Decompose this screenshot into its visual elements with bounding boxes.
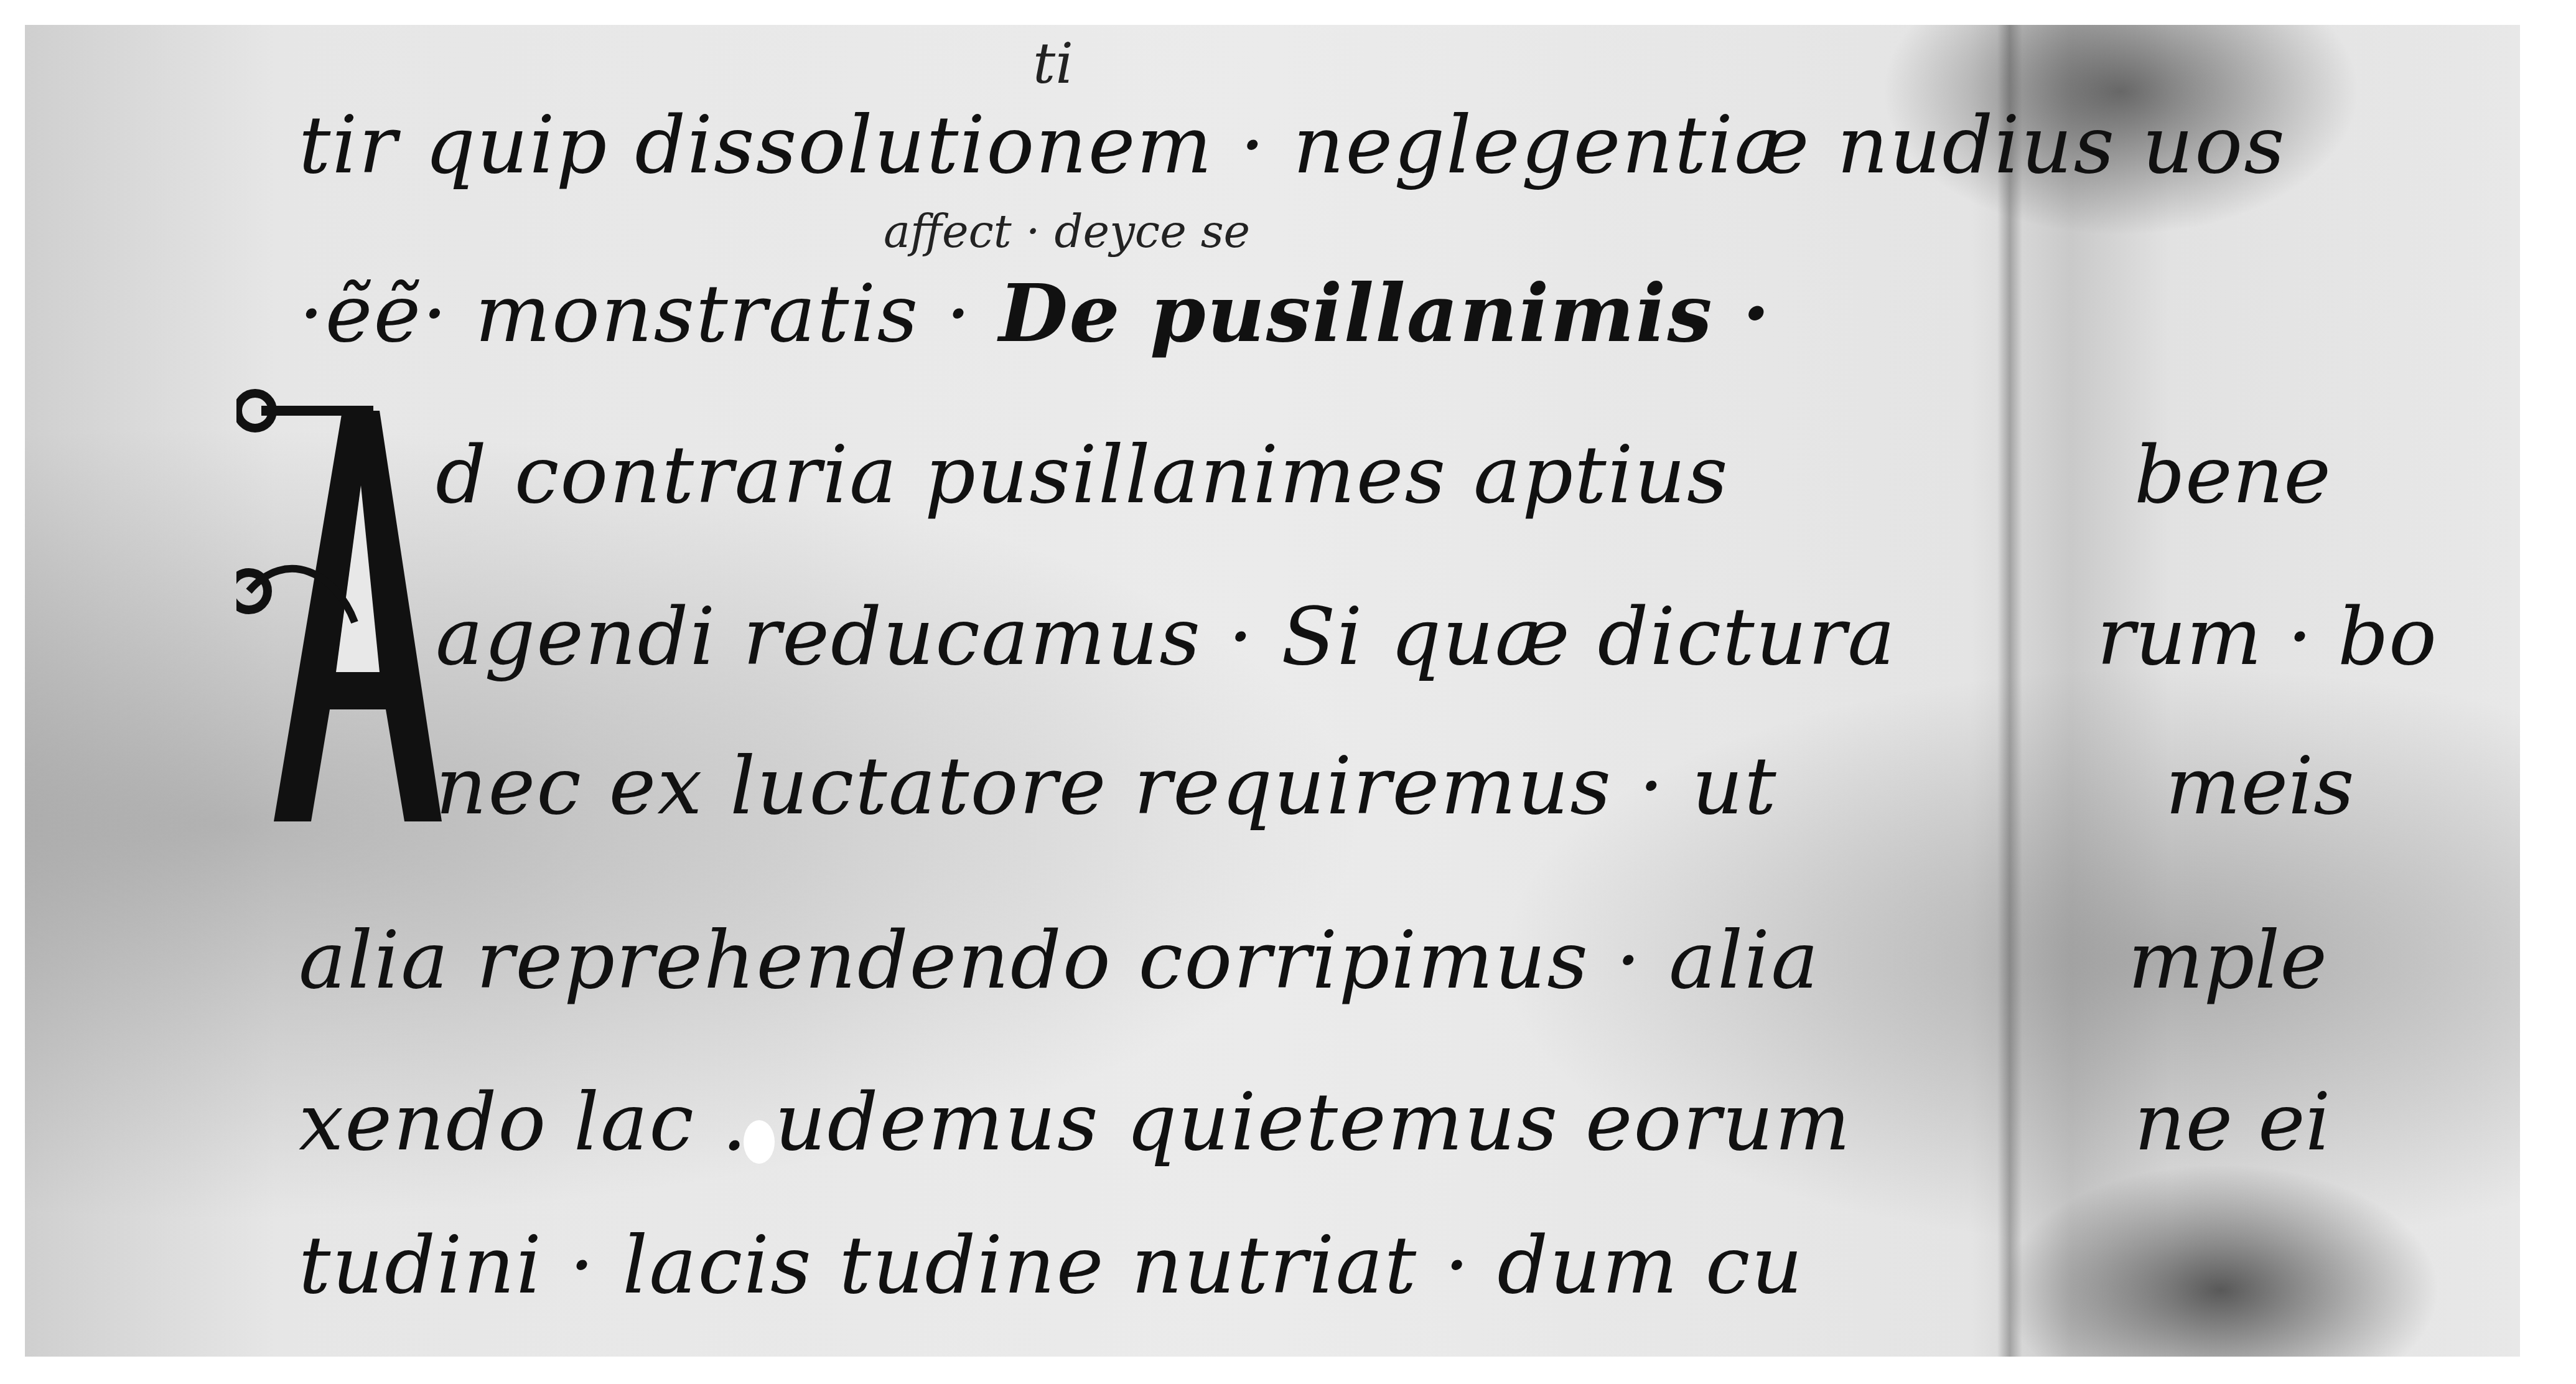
- text-line-4-right: rum · bo: [2097, 597, 2437, 677]
- text-line-7: xendo lac . udemus quietemus eorum: [299, 1083, 1852, 1162]
- page-fold-shadow: [1997, 25, 2022, 1357]
- text-line-3: d contraria pusillanimes aptius: [436, 436, 1729, 515]
- text-line-7-right: ne ei: [2134, 1083, 2331, 1162]
- text-line-5-right: meis: [2165, 747, 2354, 826]
- line-2-text: ·ẽẽ· monstratis ·: [299, 268, 973, 360]
- parchment-hole: [744, 1120, 775, 1164]
- text-line-4: agendi reducamus · Si quæ dictura: [436, 597, 1897, 677]
- text-line-2: ·ẽẽ· monstratis · De pusillanimis ·: [299, 274, 1771, 354]
- text-line-5: nec ex luctatore requiremus · ut: [436, 747, 1778, 826]
- text-line-8: tudini · lacis tudine nutriat · dum cu: [299, 1226, 1804, 1306]
- interlinear-gloss: affect · deyce se: [884, 205, 1250, 258]
- section-heading: De pusillanimis ·: [999, 267, 1771, 360]
- text-line-6-right: mple: [2128, 921, 2327, 1001]
- text-line-3-right: bene: [2134, 436, 2331, 515]
- text-line-1: tir quip dissolutionem · neglegentiæ nud…: [299, 106, 2286, 185]
- text-line-6: alia reprehendendo corripimus · alia: [299, 921, 1819, 1001]
- superscript-correction: ti: [1033, 31, 1073, 96]
